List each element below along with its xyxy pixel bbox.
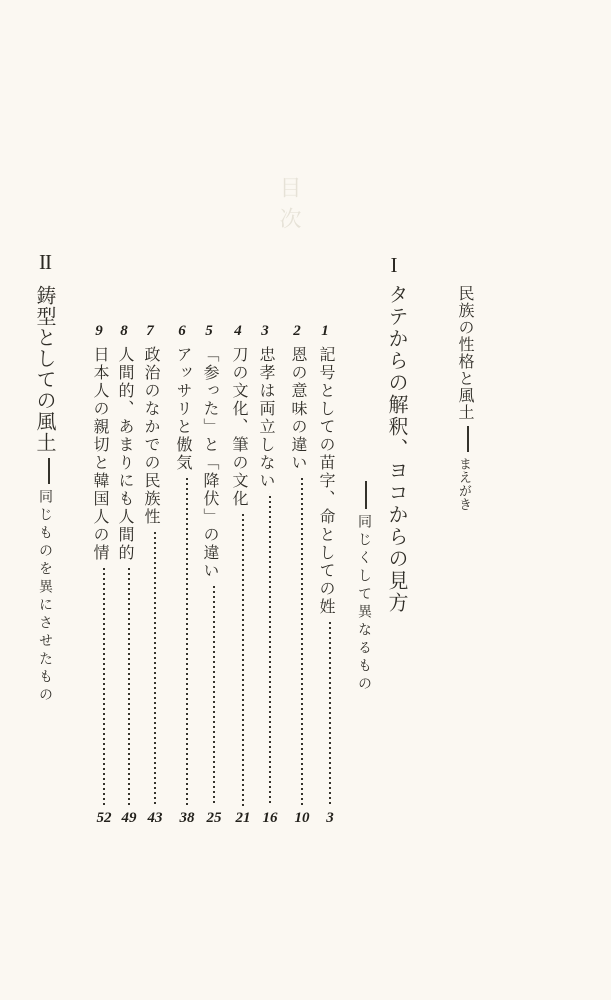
item-number: 9 [95,324,103,339]
dotted-leader [329,622,331,806]
section-1-subtitle-text: 同じくして異なるもの [356,514,371,694]
item-page-number: 49 [122,811,137,826]
dotted-leader [186,478,188,806]
item-title: 忠孝は両立しない [257,346,273,490]
section-1-subtitle: 同じくして異なるもの [356,476,370,694]
item-page-number: 21 [236,811,251,826]
item-title: 日本人の親切と韓国人の情 [91,346,107,562]
item-number: 6 [178,324,186,339]
toc-item: 1記号としての苗字、命としての姓3 [310,324,340,826]
em-dash-rule [467,426,469,452]
section-2-subtitle-text: 同じものを異にさせたもの [37,489,52,705]
toc-item: 9日本人の親切と韓国人の情52 [84,324,114,826]
toc-item: 7政治のなかでの民族性43 [135,324,165,826]
item-title: アッサリと傲気 [174,346,190,472]
toc-item: 4刀の文化、筆の文化21 [223,324,253,826]
preface-entry: 民族の性格と風土まえがき [456,285,472,511]
book-toc-page: 目次 民族の性格と風土まえがき I タテからの解釈、ヨコからの見方 同じくして異… [0,0,611,1000]
item-number: 2 [293,324,301,339]
em-dash-rule [48,458,50,484]
toc-item: 6アッサリと傲気38 [167,324,197,826]
dotted-leader [154,532,156,806]
section-2-title: 鋳型としての風土 [33,285,55,453]
show-through-text: 目次 [278,176,300,238]
dotted-leader [103,568,105,806]
item-page-number: 3 [326,811,334,826]
dotted-leader [128,568,130,806]
dotted-leader [301,478,303,806]
dotted-leader [242,514,244,806]
item-number: 4 [234,324,242,339]
item-title: 政治のなかでの民族性 [142,346,158,526]
section-2-numeral: II [39,252,51,273]
item-title: 「参った」と「降伏」の違い [201,346,217,580]
item-number: 7 [146,324,154,339]
item-page-number: 38 [180,811,195,826]
item-number: 5 [205,324,213,339]
toc-item: 5「参った」と「降伏」の違い25 [194,324,224,826]
item-title: 人間的、あまりにも人間的 [116,346,132,562]
item-number: 3 [261,324,269,339]
toc-item: 2恩の意味の違い10 [282,324,312,826]
item-page-number: 52 [97,811,112,826]
item-page-number: 16 [263,811,278,826]
preface-label: まえがき [457,457,472,511]
dotted-leader [269,496,271,806]
item-page-number: 25 [207,811,222,826]
section-1-numeral: I [391,255,398,276]
item-title: 恩の意味の違い [289,346,305,472]
item-number: 1 [321,324,329,339]
item-page-number: 10 [295,811,310,826]
section-1-title: タテからの解釈、ヨコからの見方 [386,284,406,614]
item-title: 記号としての苗字、命としての姓 [317,346,333,616]
item-page-number: 43 [148,811,163,826]
toc-item: 3忠孝は両立しない16 [250,324,280,826]
preface-title: 民族の性格と風土 [456,285,473,421]
dotted-leader [213,586,215,806]
item-number: 8 [120,324,128,339]
section-2-entry: 鋳型としての風土同じものを異にさせたもの [34,285,54,705]
item-title: 刀の文化、筆の文化 [230,346,246,508]
em-dash-rule [365,481,367,509]
